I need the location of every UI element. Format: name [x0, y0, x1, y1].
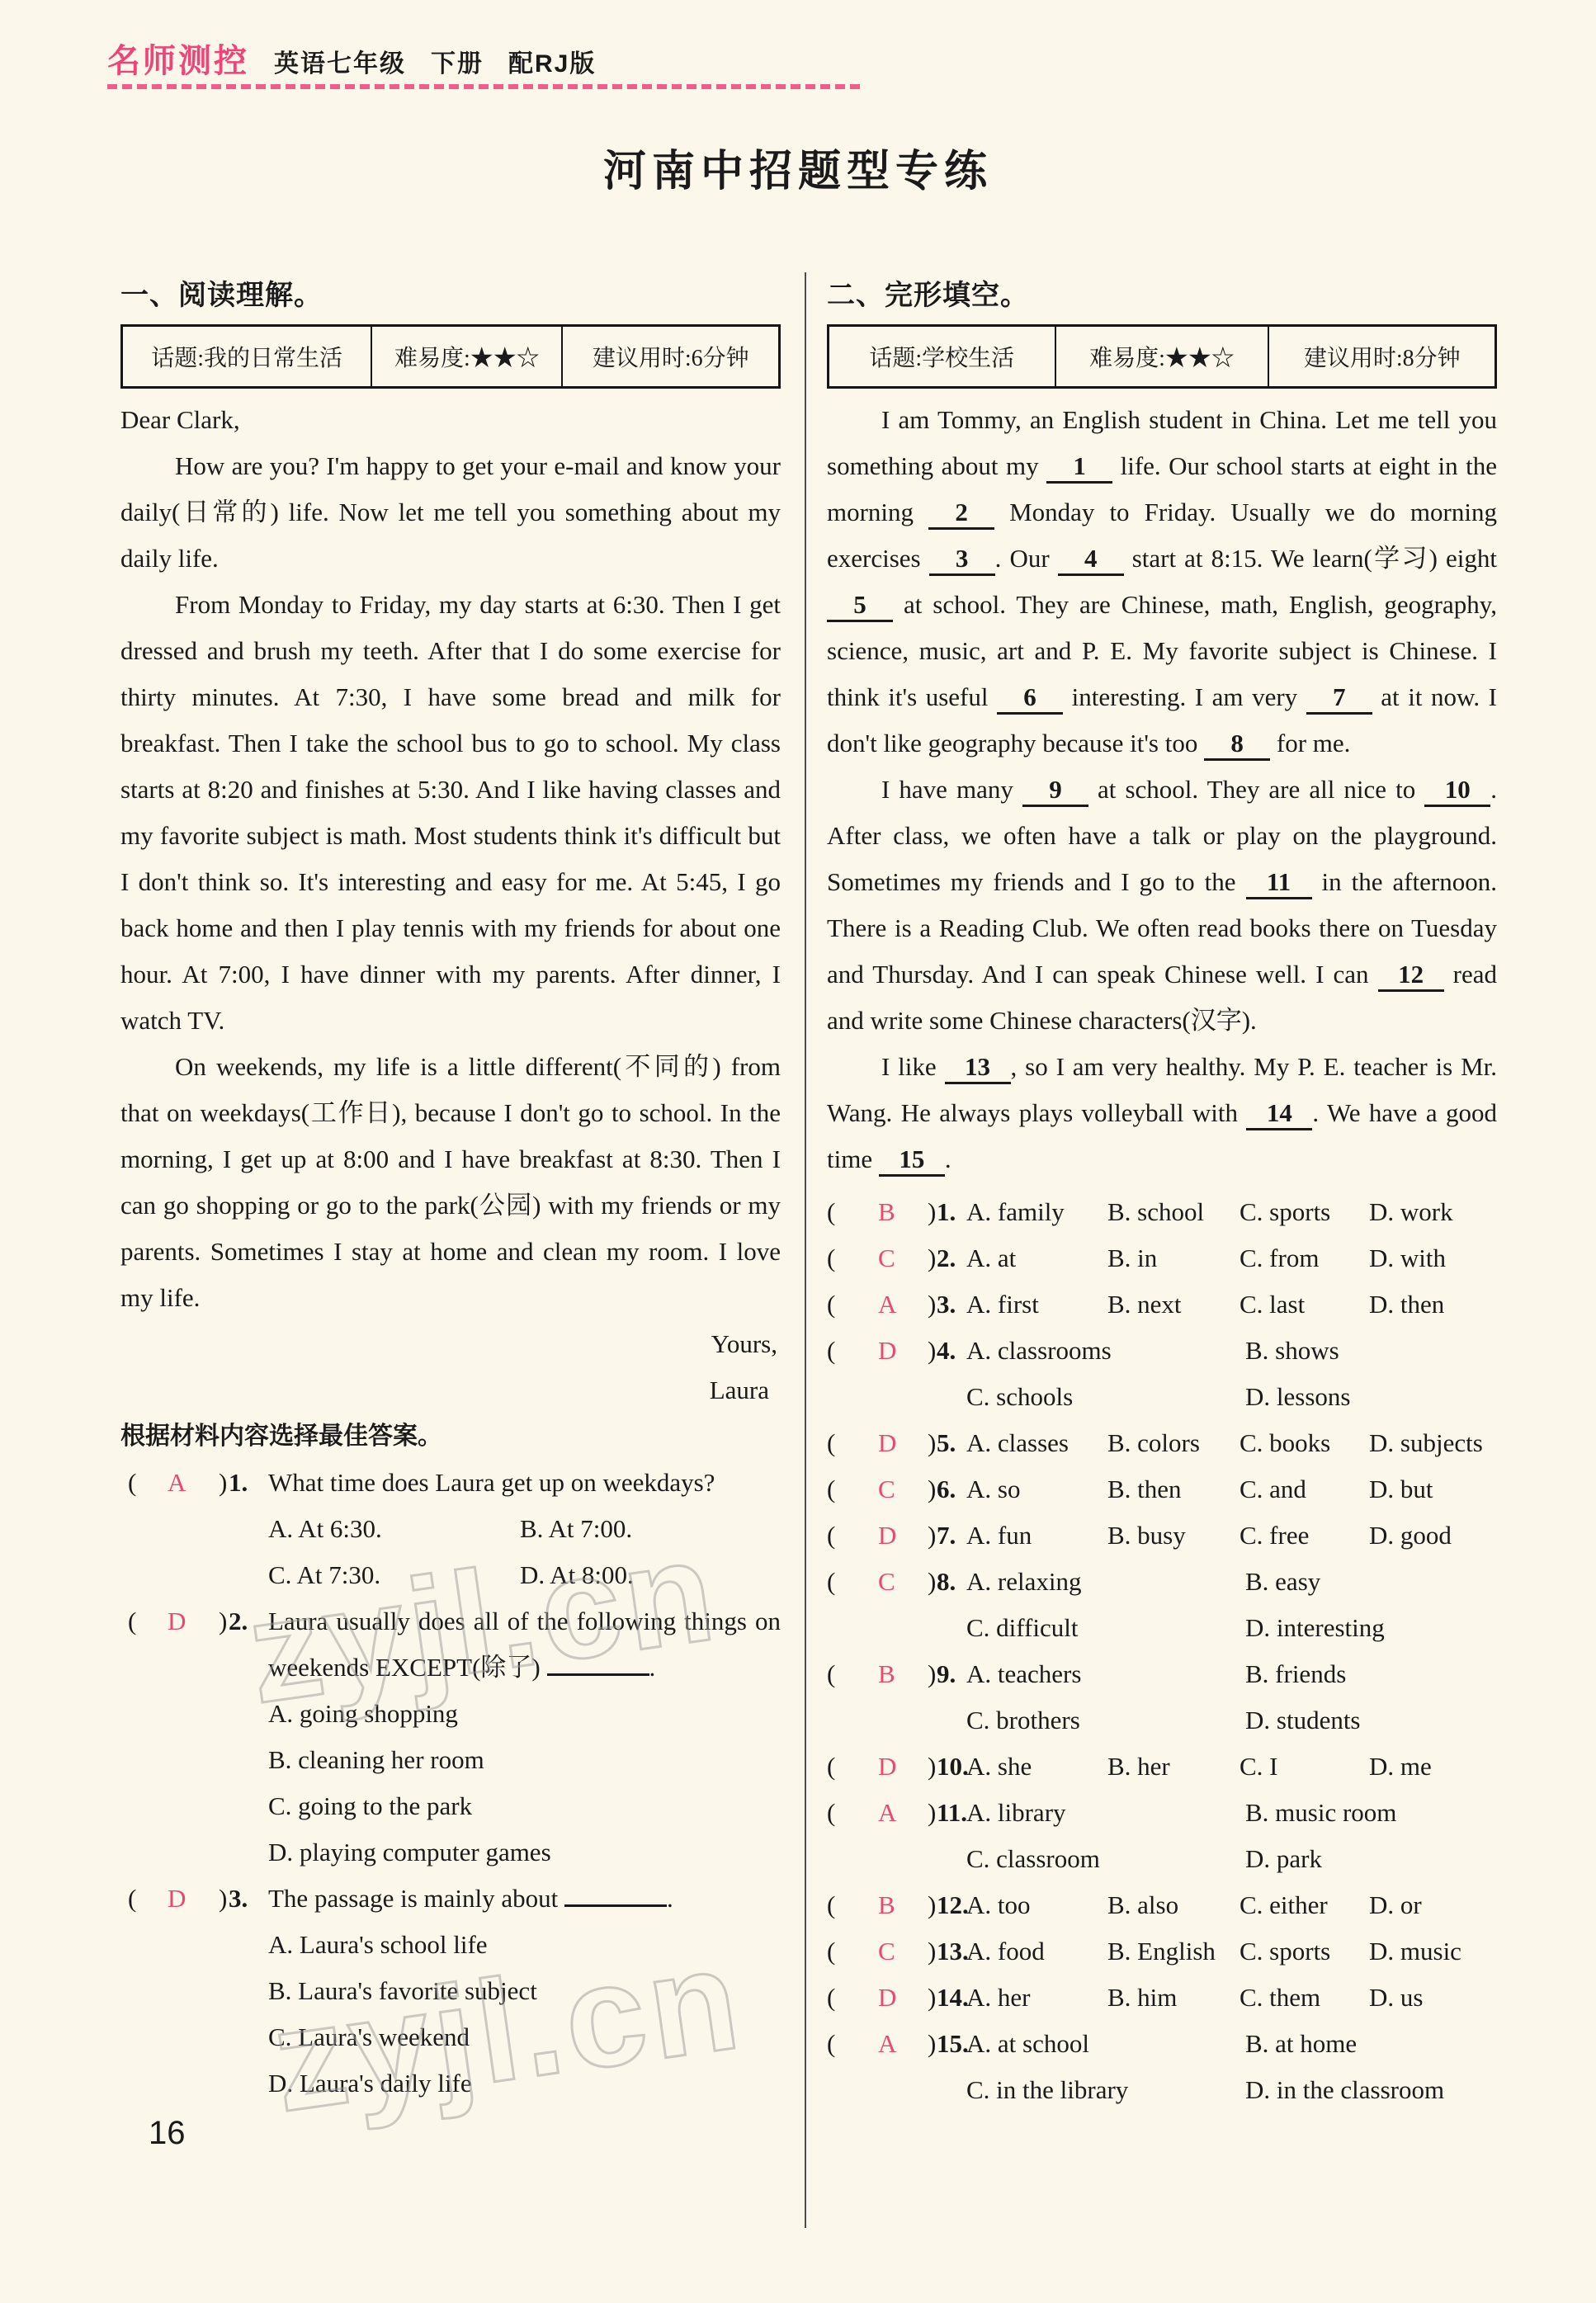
answer-letter: D	[168, 1876, 186, 1922]
cloze-blank: 14	[1246, 1098, 1312, 1130]
option-item: D. then	[1369, 1281, 1497, 1328]
answer-letter: D	[168, 1598, 186, 1645]
option-item: A. relaxing	[966, 1559, 1245, 1605]
question-number: 3.	[937, 1281, 956, 1328]
cloze-option-choices: A. soB. thenC. andD. but	[966, 1466, 1497, 1513]
option-item: A. going shopping	[268, 1691, 781, 1737]
option-item: C. classroom	[966, 1836, 1245, 1882]
option-item: B. next	[1107, 1281, 1239, 1328]
option-item: C. going to the park	[268, 1783, 781, 1829]
paren-close: )	[928, 1651, 936, 1697]
paren-open: (	[827, 2021, 835, 2067]
option-item: C. sports	[1239, 1928, 1369, 1975]
question-number: 4.	[937, 1328, 956, 1374]
option-item: C. in the library	[966, 2067, 1245, 2113]
paren-close: )	[928, 1189, 936, 1235]
option-item: A. family	[966, 1189, 1107, 1235]
paren-close: )	[928, 1559, 936, 1605]
option-item: B. busy	[1107, 1513, 1239, 1559]
meta-time: 建议用时:8分钟	[1268, 326, 1495, 388]
option-item: D. good	[1369, 1513, 1497, 1559]
answer-letter: C	[878, 1235, 895, 1281]
cloze-blank: 6	[997, 682, 1063, 715]
answer-letter: A	[878, 1790, 896, 1836]
paren-open: (	[827, 1744, 835, 1790]
page-number: 16	[149, 2115, 781, 2152]
option-item: A. so	[966, 1466, 1107, 1513]
question-number: 7.	[937, 1513, 956, 1559]
question-number: 3.	[229, 1876, 248, 1922]
answer-letter: D	[878, 1744, 896, 1790]
paren-close: )	[928, 1466, 936, 1513]
answer-letter: D	[878, 1328, 896, 1374]
cloze-option-row: (B)12.A. tooB. alsoC. eitherD. or	[827, 1882, 1497, 1928]
cloze-option-row: (D)7.A. funB. busyC. freeD. good	[827, 1513, 1497, 1559]
option-item: A. at	[966, 1235, 1107, 1281]
option-item: C. them	[1239, 1975, 1369, 2021]
option-item: B. colors	[1107, 1420, 1239, 1466]
answer-letter: C	[878, 1559, 895, 1605]
letter-paragraph: From Monday to Friday, my day starts at …	[120, 582, 781, 1044]
paren-open: (	[827, 1790, 835, 1836]
paren-close: )	[928, 1235, 936, 1281]
paren-open: (	[827, 1420, 835, 1466]
option-item: C. At 7:30.	[268, 1552, 520, 1598]
option-item: A. classes	[966, 1420, 1107, 1466]
option-item: C. brothers	[966, 1697, 1245, 1744]
option-item: A. Laura's school life	[268, 1922, 781, 1968]
question-row: (D)3.The passage is mainly about .A. Lau…	[120, 1876, 781, 2107]
option-item: B. cleaning her room	[268, 1737, 781, 1783]
option-item: A. too	[966, 1882, 1107, 1928]
paren-open: (	[827, 1651, 835, 1697]
option-item: C. last	[1239, 1281, 1369, 1328]
cloze-passage: I am Tommy, an English student in China.…	[827, 397, 1497, 1182]
answer-instruction: 根据材料内容选择最佳答案。	[120, 1413, 781, 1460]
option-item: A. she	[966, 1744, 1107, 1790]
option-item: B. school	[1107, 1189, 1239, 1235]
cloze-option-row: (C)13.A. foodB. EnglishC. sportsD. music	[827, 1928, 1497, 1975]
option-item: D. with	[1369, 1235, 1497, 1281]
cloze-options: (B)1.A. familyB. schoolC. sportsD. work(…	[827, 1189, 1497, 2113]
cloze-option-row: (B)1.A. familyB. schoolC. sportsD. work	[827, 1189, 1497, 1235]
question-number: 14.	[937, 1975, 969, 2021]
option-item: B. friends	[1245, 1651, 1497, 1697]
meta-table-cloze: 话题:学校生活 难易度:★★☆ 建议用时:8分钟	[827, 324, 1497, 389]
paren-open: (	[827, 1928, 835, 1975]
cloze-option-choices: A. classroomsB. showsC. schoolsD. lesson…	[966, 1328, 1497, 1420]
question-text: Laura usually does all of the following …	[268, 1598, 781, 1691]
question-number: 2.	[229, 1598, 248, 1645]
option-item: D. us	[1369, 1975, 1497, 2021]
option-item: B. English	[1107, 1928, 1239, 1975]
cloze-blank: 4	[1058, 544, 1124, 576]
option-item: D. in the classroom	[1245, 2067, 1497, 2113]
meta-time: 建议用时:6分钟	[562, 326, 779, 388]
option-item: A. At 6:30.	[268, 1506, 520, 1552]
cloze-option-choices: A. classesB. colorsC. booksD. subjects	[966, 1420, 1497, 1466]
option-item: D. lessons	[1245, 1374, 1497, 1420]
cloze-option-choices: A. relaxingB. easyC. difficultD. interes…	[966, 1559, 1497, 1651]
option-item: B. her	[1107, 1744, 1239, 1790]
option-item: A. library	[966, 1790, 1245, 1836]
brand-logo: 名师测控	[107, 35, 249, 82]
paren-open: (	[827, 1513, 835, 1559]
paren-close: )	[928, 1928, 936, 1975]
paren-open: (	[128, 1460, 136, 1506]
cloze-option-choices: A. familyB. schoolC. sportsD. work	[966, 1189, 1497, 1235]
cloze-option-row: (C)8.A. relaxingB. easyC. difficultD. in…	[827, 1559, 1497, 1651]
option-item: D. students	[1245, 1697, 1497, 1744]
reading-questions: (A)1.What time does Laura get up on week…	[120, 1460, 781, 2107]
page-title: 河南中招题型专练	[0, 136, 1596, 198]
cloze-blank: 1	[1046, 451, 1112, 484]
option-item: A. fun	[966, 1513, 1107, 1559]
dashed-rule	[107, 84, 860, 89]
option-item: A. at school	[966, 2021, 1245, 2067]
question-number: 12.	[937, 1882, 969, 1928]
cloze-option-choices: A. firstB. nextC. lastD. then	[966, 1281, 1497, 1328]
cloze-option-row: (B)9.A. teachersB. friendsC. brothersD. …	[827, 1651, 1497, 1744]
brand-edition: 配RJ版	[508, 43, 596, 79]
paren-close: )	[219, 1598, 227, 1645]
question-number: 1.	[229, 1460, 248, 1506]
option-item: A. first	[966, 1281, 1107, 1328]
question-number: 5.	[937, 1420, 956, 1466]
cloze-option-row: (D)5.A. classesB. colorsC. booksD. subje…	[827, 1420, 1497, 1466]
cloze-blank: 9	[1022, 775, 1088, 807]
workbook-page: 名师测控 英语七年级 下册 配RJ版 河南中招题型专练 一、阅读理解。 话题:我…	[0, 0, 1596, 2303]
reading-passage: Dear Clark, How are you? I'm happy to ge…	[120, 397, 781, 1413]
option-item: C. difficult	[966, 1605, 1245, 1651]
paren-close: )	[928, 1975, 936, 2021]
option-item: D. me	[1369, 1744, 1497, 1790]
cloze-blank: 3	[929, 544, 995, 576]
reading-section: 一、阅读理解。 话题:我的日常生活 难易度:★★☆ 建议用时:6分钟 Dear …	[120, 272, 781, 2152]
paren-close: )	[219, 1876, 227, 1922]
option-item: C. sports	[1239, 1189, 1369, 1235]
question-number: 15.	[937, 2021, 969, 2067]
paren-close: )	[928, 1790, 936, 1836]
question-row: (A)1.What time does Laura get up on week…	[120, 1460, 781, 1598]
option-item: B. shows	[1245, 1328, 1497, 1374]
letter-paragraph: On weekends, my life is a little differe…	[120, 1044, 781, 1321]
option-item: D. subjects	[1369, 1420, 1497, 1466]
answer-letter: B	[878, 1882, 895, 1928]
cloze-blank	[547, 1673, 649, 1676]
meta-difficulty: 难易度:★★☆	[1055, 326, 1269, 388]
paren-open: (	[128, 1598, 136, 1645]
question-number: 10.	[937, 1744, 969, 1790]
meta-topic: 话题:我的日常生活	[122, 326, 372, 388]
option-item: D. work	[1369, 1189, 1497, 1235]
paren-open: (	[128, 1876, 136, 1922]
meta-table-reading: 话题:我的日常生活 难易度:★★☆ 建议用时:6分钟	[120, 324, 781, 389]
question-number: 13.	[937, 1928, 969, 1975]
answer-letter: A	[168, 1460, 186, 1506]
cloze-paragraph: I have many 9 at school. They are all ni…	[827, 767, 1497, 1044]
question-number: 8.	[937, 1559, 956, 1605]
cloze-blank	[564, 1904, 667, 1907]
cloze-option-row: (D)14.A. herB. himC. themD. us	[827, 1975, 1497, 2021]
option-item: A. teachers	[966, 1651, 1245, 1697]
option-item: D. park	[1245, 1836, 1497, 1882]
cloze-blank: 10	[1424, 775, 1490, 807]
paren-open: (	[827, 1882, 835, 1928]
paren-close: )	[219, 1460, 227, 1506]
paren-open: (	[827, 1466, 835, 1513]
paren-close: )	[928, 1420, 936, 1466]
paren-close: )	[928, 2021, 936, 2067]
header-brand: 名师测控 英语七年级 下册 配RJ版	[107, 35, 596, 82]
question-options: A. Laura's school lifeB. Laura's favorit…	[268, 1922, 781, 2107]
option-item: A. food	[966, 1928, 1107, 1975]
option-item: C. books	[1239, 1420, 1369, 1466]
option-item: A. classrooms	[966, 1328, 1245, 1374]
option-item: B. At 7:00.	[520, 1506, 781, 1552]
answer-letter: C	[878, 1928, 895, 1975]
option-item: B. Laura's favorite subject	[268, 1968, 781, 2014]
paren-close: )	[928, 1744, 936, 1790]
option-item: C. Laura's weekend	[268, 2014, 781, 2060]
cloze-option-choices: A. libraryB. music roomC. classroomD. pa…	[966, 1790, 1497, 1882]
brand-course: 英语七年级	[274, 43, 406, 79]
answer-letter: D	[878, 1975, 896, 2021]
cloze-option-choices: A. sheB. herC. ID. me	[966, 1744, 1497, 1790]
letter-paragraph: How are you? I'm happy to get your e-mai…	[120, 443, 781, 582]
option-item: C. and	[1239, 1466, 1369, 1513]
paren-open: (	[827, 1328, 835, 1374]
option-item: B. then	[1107, 1466, 1239, 1513]
cloze-blank: 12	[1378, 960, 1444, 992]
cloze-paragraph: I like 13, so I am very healthy. My P. E…	[827, 1044, 1497, 1182]
cloze-blank: 7	[1306, 682, 1372, 715]
paren-close: )	[928, 1328, 936, 1374]
answer-letter: A	[878, 2021, 896, 2067]
cloze-option-choices: A. teachersB. friendsC. brothersD. stude…	[966, 1651, 1497, 1744]
option-item: B. in	[1107, 1235, 1239, 1281]
option-item: D. music	[1369, 1928, 1497, 1975]
paren-close: )	[928, 1281, 936, 1328]
meta-difficulty: 难易度:★★☆	[371, 326, 562, 388]
cloze-blank: 8	[1204, 729, 1270, 761]
section-heading-cloze: 二、完形填空。	[827, 272, 1497, 313]
cloze-option-choices: A. atB. inC. fromD. with	[966, 1235, 1497, 1281]
option-item: B. also	[1107, 1882, 1239, 1928]
cloze-option-choices: A. tooB. alsoC. eitherD. or	[966, 1882, 1497, 1928]
letter-salutation: Dear Clark,	[120, 397, 781, 443]
answer-letter: B	[878, 1651, 895, 1697]
cloze-option-row: (A)3.A. firstB. nextC. lastD. then	[827, 1281, 1497, 1328]
question-number: 6.	[937, 1466, 956, 1513]
cloze-blank: 13	[945, 1052, 1011, 1084]
cloze-option-row: (A)15.A. at schoolB. at homeC. in the li…	[827, 2021, 1497, 2113]
question-row: (D)2.Laura usually does all of the follo…	[120, 1598, 781, 1876]
question-options: A. At 6:30.B. At 7:00.C. At 7:30.D. At 8…	[268, 1506, 781, 1598]
option-item: D. or	[1369, 1882, 1497, 1928]
question-text: What time does Laura get up on weekdays?	[268, 1460, 781, 1506]
answer-letter: A	[878, 1281, 896, 1328]
brand-volume: 下册	[431, 43, 484, 79]
cloze-blank: 11	[1246, 867, 1312, 899]
option-item: C. schools	[966, 1374, 1245, 1420]
meta-topic: 话题:学校生活	[829, 326, 1055, 388]
section-heading-reading: 一、阅读理解。	[120, 272, 781, 313]
option-item: C. I	[1239, 1744, 1369, 1790]
paren-open: (	[827, 1559, 835, 1605]
paren-open: (	[827, 1235, 835, 1281]
option-item: B. at home	[1245, 2021, 1497, 2067]
option-item: D. but	[1369, 1466, 1497, 1513]
option-item: C. free	[1239, 1513, 1369, 1559]
question-number: 11.	[937, 1790, 967, 1836]
cloze-blank: 5	[827, 590, 893, 622]
option-item: B. him	[1107, 1975, 1239, 2021]
option-item: A. her	[966, 1975, 1107, 2021]
paren-close: )	[928, 1513, 936, 1559]
cloze-option-choices: A. herB. himC. themD. us	[966, 1975, 1497, 2021]
column-divider	[805, 272, 806, 2228]
paren-open: (	[827, 1975, 835, 2021]
cloze-option-choices: A. foodB. EnglishC. sportsD. music	[966, 1928, 1497, 1975]
option-item: D. Laura's daily life	[268, 2060, 781, 2107]
cloze-option-row: (D)10.A. sheB. herC. ID. me	[827, 1744, 1497, 1790]
cloze-section: 二、完形填空。 话题:学校生活 难易度:★★☆ 建议用时:8分钟 I am To…	[827, 272, 1497, 2113]
option-item: B. music room	[1245, 1790, 1497, 1836]
cloze-option-row: (A)11.A. libraryB. music roomC. classroo…	[827, 1790, 1497, 1882]
question-number: 9.	[937, 1651, 956, 1697]
option-item: D. playing computer games	[268, 1829, 781, 1876]
answer-letter: C	[878, 1466, 895, 1513]
paren-open: (	[827, 1281, 835, 1328]
letter-closing: Yours,	[120, 1321, 781, 1367]
cloze-blank: 15	[879, 1144, 945, 1177]
question-text: The passage is mainly about .	[268, 1876, 781, 1922]
option-item: B. easy	[1245, 1559, 1497, 1605]
question-number: 1.	[937, 1189, 956, 1235]
answer-letter: D	[878, 1513, 896, 1559]
option-item: D. At 8:00.	[520, 1552, 781, 1598]
cloze-paragraph: I am Tommy, an English student in China.…	[827, 397, 1497, 767]
letter-signature: Laura	[120, 1367, 781, 1413]
question-number: 2.	[937, 1235, 956, 1281]
answer-letter: D	[878, 1420, 896, 1466]
cloze-option-choices: A. funB. busyC. freeD. good	[966, 1513, 1497, 1559]
paren-open: (	[827, 1189, 835, 1235]
cloze-blank: 2	[928, 498, 994, 530]
cloze-option-choices: A. at schoolB. at homeC. in the libraryD…	[966, 2021, 1497, 2113]
paren-close: )	[928, 1882, 936, 1928]
question-options: A. going shoppingB. cleaning her roomC. …	[268, 1691, 781, 1876]
option-item: C. either	[1239, 1882, 1369, 1928]
option-item: C. from	[1239, 1235, 1369, 1281]
cloze-option-row: (C)6.A. soB. thenC. andD. but	[827, 1466, 1497, 1513]
cloze-option-row: (D)4.A. classroomsB. showsC. schoolsD. l…	[827, 1328, 1497, 1420]
option-item: D. interesting	[1245, 1605, 1497, 1651]
answer-letter: B	[878, 1189, 895, 1235]
cloze-option-row: (C)2.A. atB. inC. fromD. with	[827, 1235, 1497, 1281]
